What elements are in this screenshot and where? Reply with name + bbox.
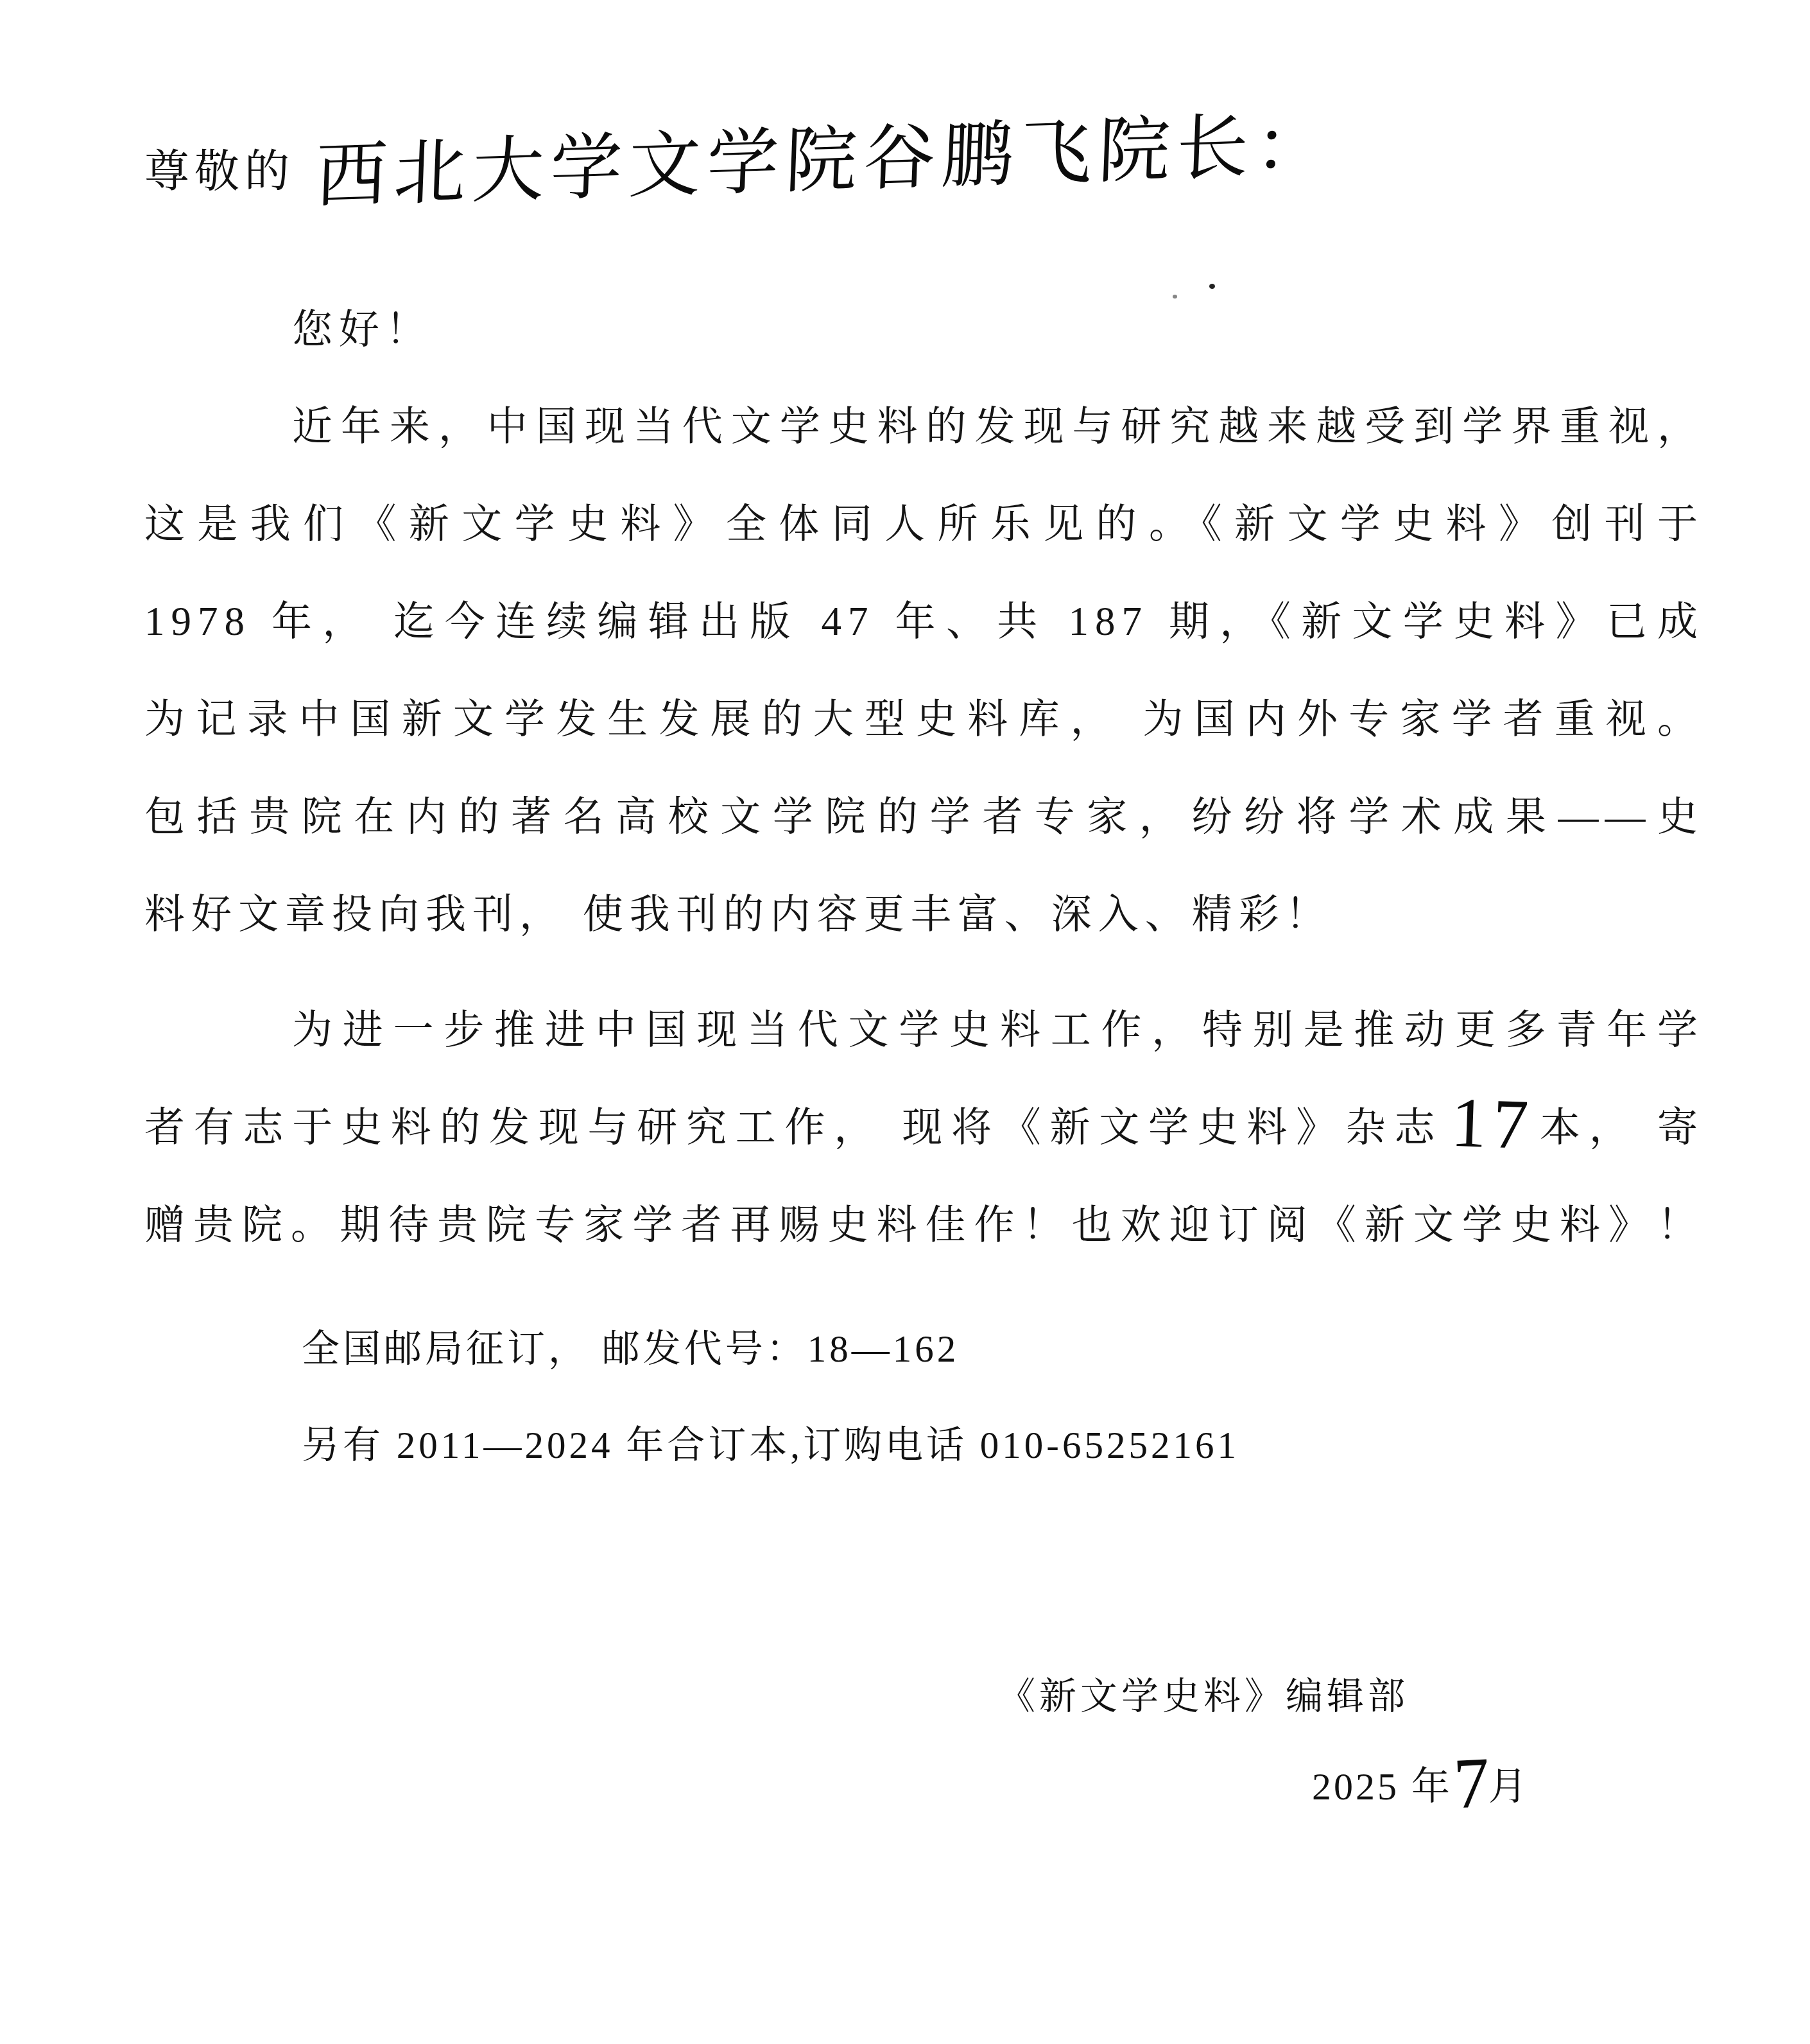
paragraph-2-line-1: 为进一步推进中国现当代文学史料工作，特别是推动更多青年学 <box>144 981 1704 1078</box>
salutation-handwritten-recipient: 西北大学文学院谷鹏飞院长： <box>314 87 1335 222</box>
postal-code-line: 全国邮局征订， 邮发代号：18—162 <box>144 1301 1704 1397</box>
paragraph-2-line-3: 赠贵院。期待贵院专家学者再赐史料佳作！也欢迎订阅《新文学史料》！ <box>144 1176 1704 1274</box>
subscription-info: 全国邮局征订， 邮发代号：18—162 另有 2011—2024 年合订本,订购… <box>144 1301 1704 1493</box>
paragraph-2-line-2-before: 者有志于史料的发现与研究工作， 现将《新文学史料》杂志 <box>144 1105 1444 1150</box>
paragraph-1-line-4: 为记录中国新文学发生发展的大型史料库， 为国内外专家学者重视。 <box>144 670 1704 768</box>
paragraph-2-line-2: 者有志于史料的发现与研究工作， 现将《新文学史料》杂志17本， 寄 <box>144 1078 1704 1176</box>
salutation-printed-label: 尊敬的 <box>144 148 295 197</box>
scan-speck <box>1173 295 1177 299</box>
closing-date-month-handwritten: 7 <box>1454 1782 1492 1784</box>
closing-signature: 《新文学史料》编辑部 <box>144 1668 1704 1726</box>
paragraph-1-line-1: 近年来，中国现当代文学史料的发现与研究越来越受到学界重视， <box>144 377 1704 475</box>
closing-date-suffix: 月 <box>1488 1765 1530 1808</box>
paragraph-2: 为进一步推进中国现当代文学史料工作，特别是推动更多青年学 者有志于史料的发现与研… <box>144 981 1704 1274</box>
letter-page: 尊敬的西北大学文学院谷鹏飞院长： 您好！ 近年来，中国现当代文学史料的发现与研究… <box>0 0 1810 2044</box>
paragraph-1-line-3: 1978 年， 迄今连续编辑出版 47 年、共 187 期，《新文学史料》已成 <box>144 573 1704 670</box>
scan-speck <box>1209 284 1215 289</box>
paragraph-1-line-6: 料好文章投向我刊， 使我刊的内容更丰富、深入、精彩！ <box>144 865 1704 963</box>
greeting-line: 您好！ <box>144 281 1704 377</box>
paragraph-1-line-5: 包括贵院在内的著名高校文学院的学者专家，纷纷将学术成果——史 <box>144 768 1704 865</box>
paragraph-1: 近年来，中国现当代文学史料的发现与研究越来越受到学界重视， 这是我们《新文学史料… <box>144 377 1704 963</box>
closing-date: 2025 年7月 <box>144 1751 1704 1822</box>
bound-volumes-line: 另有 2011—2024 年合订本,订购电话 010-65252161 <box>144 1397 1704 1493</box>
handwritten-copies-count: 17 <box>1451 1122 1535 1125</box>
paragraph-2-line-2-after: 本， 寄 <box>1537 1105 1704 1150</box>
closing-date-year: 2025 年 <box>1312 1765 1452 1808</box>
letter-content: 尊敬的西北大学文学院谷鹏飞院长： 您好！ 近年来，中国现当代文学史料的发现与研究… <box>144 0 1704 1822</box>
paragraph-1-line-2: 这是我们《新文学史料》全体同人所乐见的。《新文学史料》创刊于 <box>144 475 1704 573</box>
salutation-line: 尊敬的西北大学文学院谷鹏飞院长： <box>144 0 1704 231</box>
